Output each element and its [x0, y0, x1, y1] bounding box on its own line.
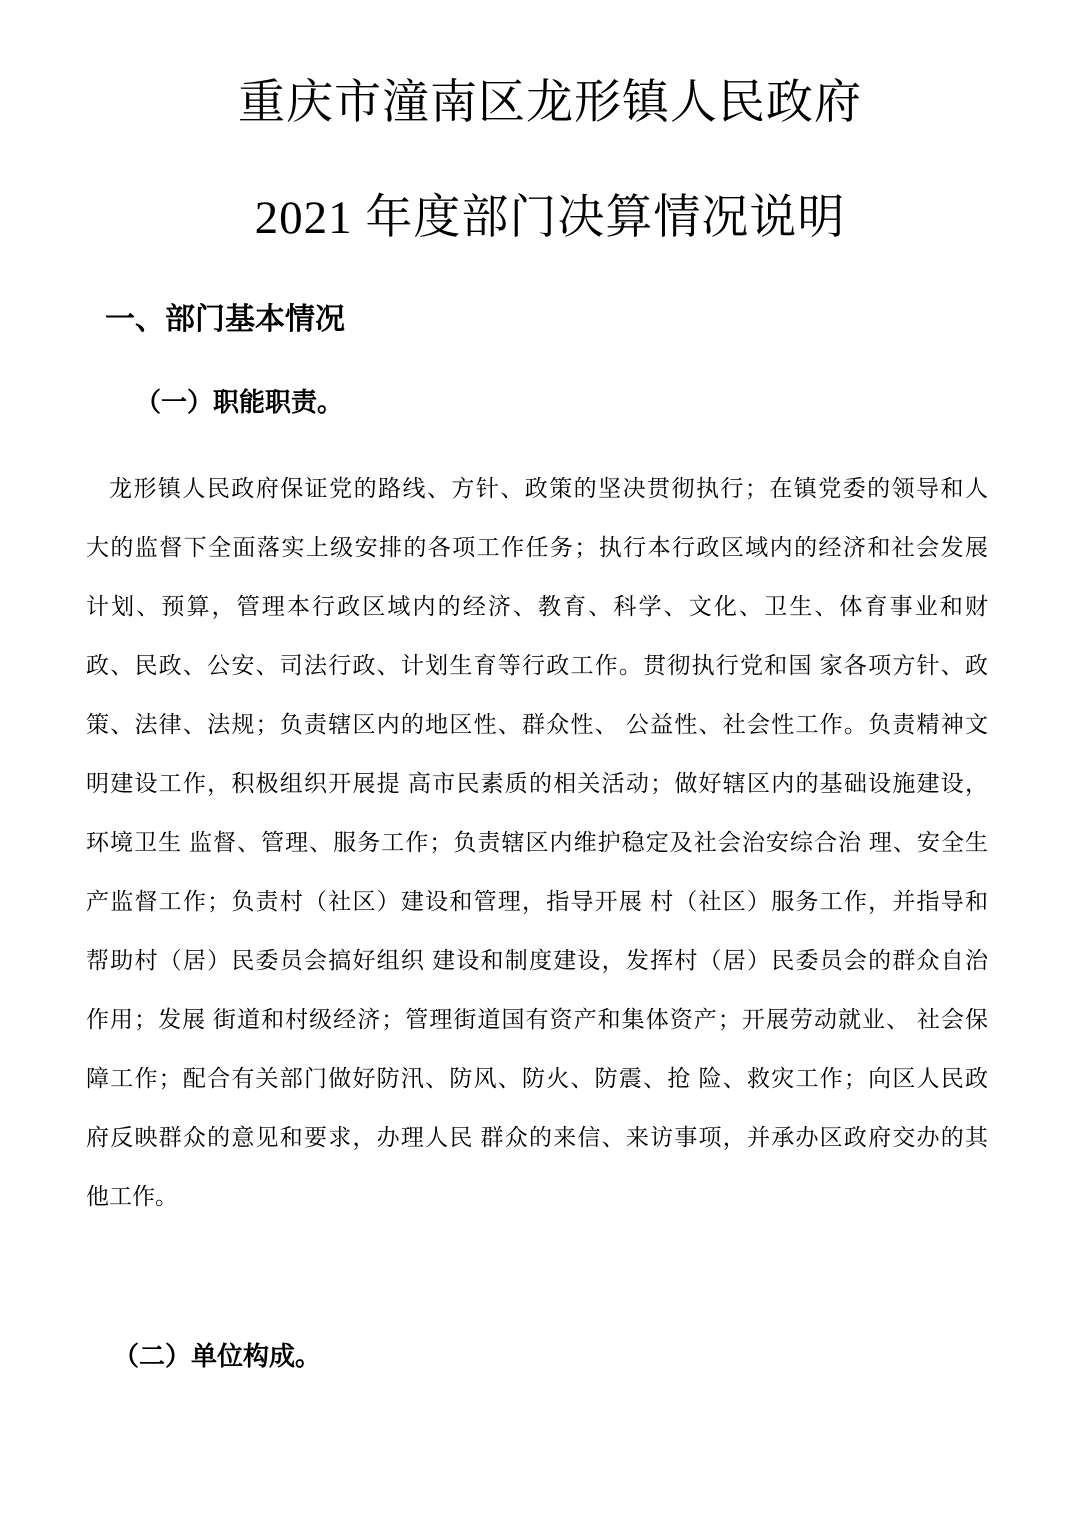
section-heading-basic-info: 一、部门基本情况	[105, 300, 345, 339]
document-title-line1: 重庆市潼南区龙形镇人民政府	[26, 74, 1074, 133]
paragraph-line: 障工作；配合有关部门做好防汛、防风、防火、防震、抢 险、救灾工作；向区人民政	[86, 1049, 988, 1108]
paragraph-line: 计划、预算，管理本行政区域内的经济、教育、科学、文化、卫生、体育事业和财	[86, 577, 988, 636]
sub-heading-unit-composition: （二）单位构成。	[113, 1340, 321, 1374]
paragraph-line: 作用；发展 街道和村级经济；管理街道国有资产和集体资产；开展劳动就业、 社会保	[86, 990, 988, 1049]
paragraph-line: 产监督工作；负责村（社区）建设和管理，指导开展 村（社区）服务工作，并指导和	[86, 872, 988, 931]
document-page: 重庆市潼南区龙形镇人民政府 2021 年度部门决算情况说明 一、部门基本情况 （…	[0, 0, 1074, 1520]
paragraph-line: 帮助村（居）民委员会搞好组织 建设和制度建设，发挥村（居）民委员会的群众自治	[86, 931, 988, 990]
duties-paragraph: 龙形镇人民政府保证党的路线、方针、政策的坚决贯彻执行；在镇党委的领导和人大的监督…	[86, 459, 988, 1226]
paragraph-line: 大的监督下全面落实上级安排的各项工作任务；执行本行政区域内的经济和社会发展	[86, 518, 988, 577]
document-title-line2: 2021 年度部门决算情况说明	[26, 189, 1074, 248]
paragraph-line: 府反映群众的意见和要求，办理人民 群众的来信、来访事项，并承办区政府交办的其	[86, 1108, 988, 1167]
paragraph-line: 明建设工作，积极组织开展提 高市民素质的相关活动；做好辖区内的基础设施建设，	[86, 754, 988, 813]
paragraph-line: 环境卫生 监督、管理、服务工作；负责辖区内维护稳定及社会治安综合治 理、安全生	[86, 813, 988, 872]
paragraph-line: 他工作。	[86, 1167, 988, 1226]
paragraph-line: 龙形镇人民政府保证党的路线、方针、政策的坚决贯彻执行；在镇党委的领导和人	[86, 459, 988, 518]
sub-heading-duties: （一）职能职责。	[135, 386, 343, 420]
paragraph-line: 策、法律、法规；负责辖区内的地区性、群众性、 公益性、社会性工作。负责精神文	[86, 695, 988, 754]
paragraph-line: 政、民政、公安、司法行政、计划生育等行政工作。贯彻执行党和国 家各项方针、政	[86, 636, 988, 695]
